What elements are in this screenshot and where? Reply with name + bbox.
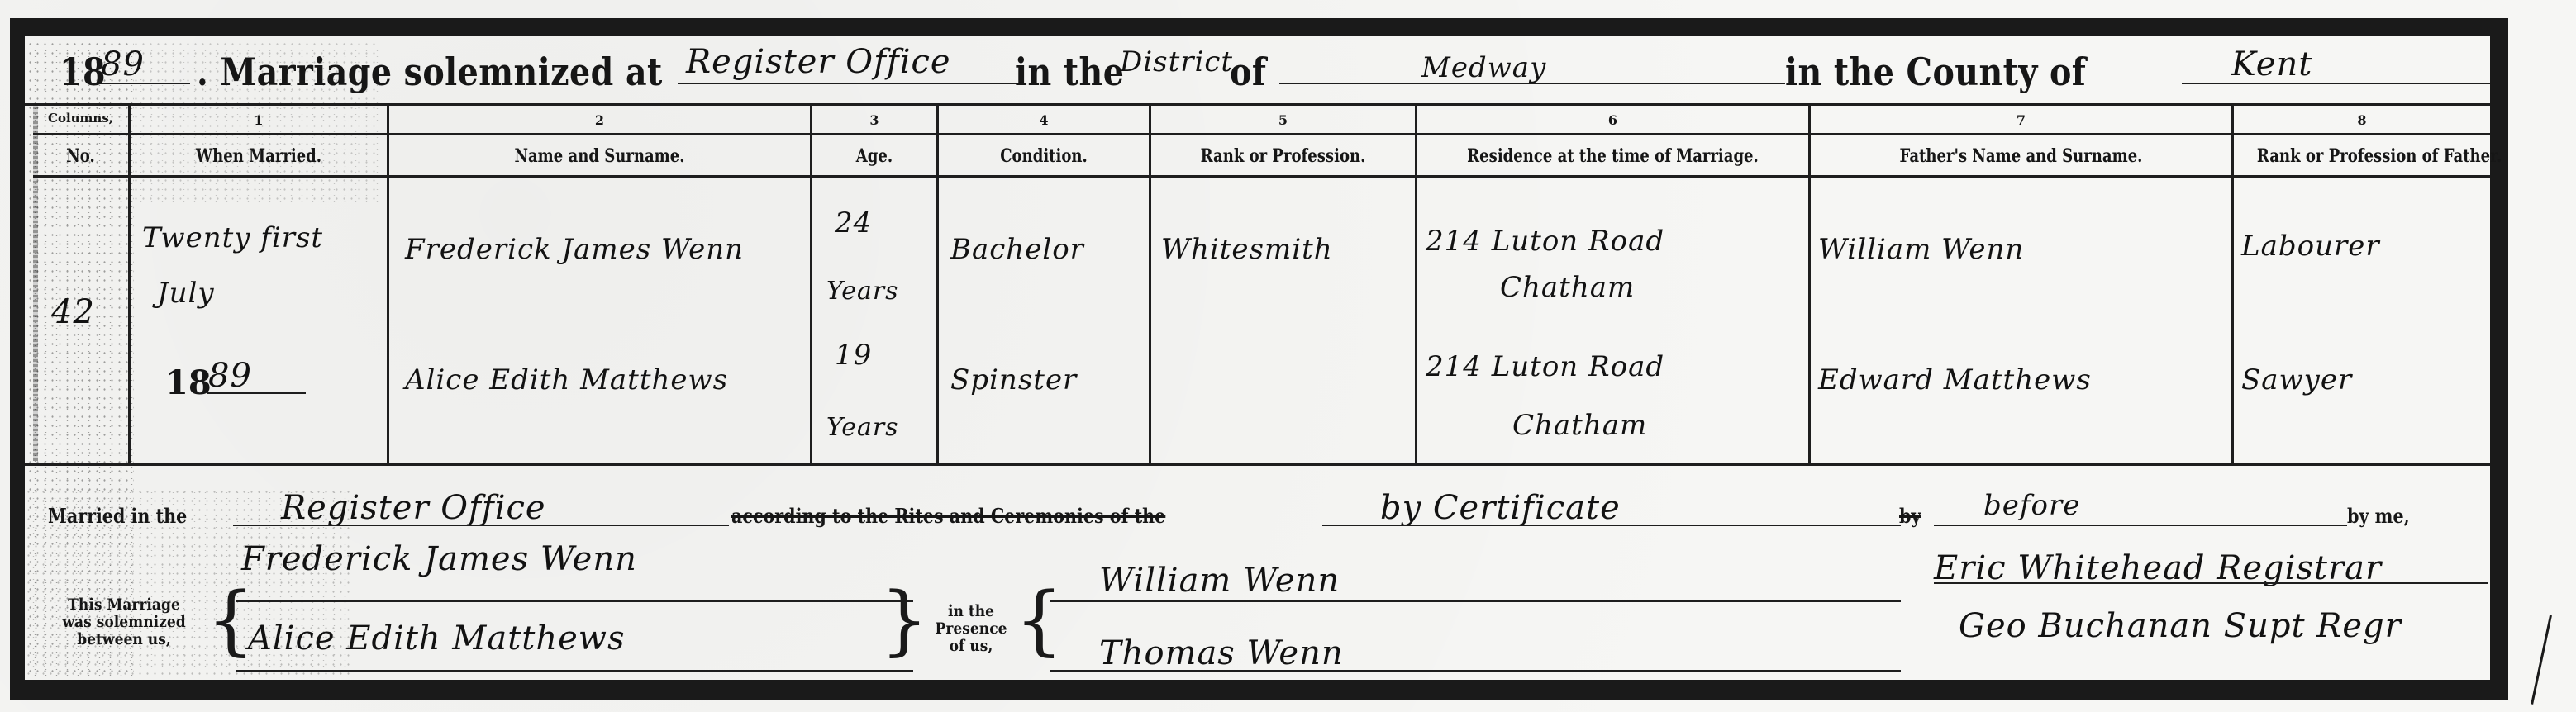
column-number: 8 (2234, 112, 2490, 128)
header-father-name: Father's Name and Surname. (1849, 145, 2193, 167)
frame-top-border (12, 18, 2507, 36)
year-prefix: 18 (60, 50, 106, 94)
married-in-label: Married in the (48, 504, 187, 528)
of-label: of (1230, 50, 1266, 94)
by-me-label: by me, (2347, 504, 2410, 528)
district-type-handwritten: District (1120, 45, 1233, 78)
place-handwritten: Register Office (686, 43, 951, 81)
by-label: by (1899, 504, 1921, 528)
header-no: No. (41, 145, 119, 167)
solemnized-label-line: was solemnized (50, 614, 198, 631)
column-number: 2 (389, 112, 810, 128)
witness-2-signature: Thomas Wenn (1099, 634, 1344, 672)
when-married-day: Twenty first (142, 221, 323, 254)
married-in-underline (233, 525, 729, 526)
bride-residence-line2: Chatham (1512, 409, 1647, 442)
entry-number: 42 (51, 293, 95, 331)
column-number-rule (33, 133, 2490, 135)
groom-condition: Bachelor (950, 233, 1084, 266)
column-number: 4 (939, 112, 1149, 128)
county-handwritten: Kent (2231, 45, 2312, 83)
groom-age-unit: Years (826, 277, 899, 306)
page-edge-line (2531, 615, 2552, 705)
groom-name: Frederick James Wenn (405, 233, 744, 266)
by-underline (1934, 525, 2347, 526)
year-underline (207, 392, 306, 394)
married-in-handwritten: Register Office (281, 489, 546, 527)
header-rank-profession: Rank or Profession. (1175, 145, 1392, 167)
groom-father-profession: Labourer (2241, 230, 2380, 263)
bride-condition: Spinster (950, 363, 1077, 396)
column-number: 3 (812, 112, 936, 128)
header-father-profession: Rank or Profession of Father. (2257, 145, 2467, 167)
presence-label-line: Presence (931, 620, 1012, 638)
superintendent-signature: Geo Buchanan Supt Regr (1959, 607, 2402, 645)
header-age: Age. (824, 145, 926, 167)
frame-right-border (2490, 18, 2508, 700)
signature-divider-line (1736, 600, 1901, 602)
when-married-year-handwritten: 89 (208, 357, 252, 395)
year-handwritten: 89 (101, 45, 145, 83)
column-divider (936, 106, 939, 463)
bride-age: 19 (835, 339, 872, 372)
title-marriage-solemnized: . Marriage solemnized at (197, 50, 663, 94)
column-divider (1149, 106, 1151, 463)
columns-label: Columns, (33, 111, 128, 126)
groom-signature-line (236, 600, 913, 602)
table-bottom-rule (25, 463, 2490, 466)
column-number: 7 (1811, 112, 2231, 128)
column-divider (1415, 106, 1417, 463)
presence-label-line: of us, (931, 638, 1012, 655)
marriage-certificate: 18 89 . Marriage solemnized at Register … (0, 0, 2576, 712)
bride-age-unit: Years (826, 413, 899, 442)
header-residence: Residence at the time of Marriage. (1453, 145, 1774, 167)
rites-handwritten: by Certificate (1380, 489, 1621, 527)
bride-name: Alice Edith Matthews (405, 363, 728, 396)
county-underline (2182, 83, 2490, 84)
header-when-married: When Married. (154, 145, 364, 167)
district-handwritten: Medway (1421, 51, 1546, 84)
when-married-year-prefix: 18 (165, 363, 212, 402)
bride-signature-line (236, 670, 913, 672)
registrar-line (1934, 582, 2488, 584)
rites-underline (1322, 525, 1901, 526)
frame-left-border (10, 18, 25, 700)
signature-divider-line (1736, 670, 1901, 672)
groom-signature: Frederick James Wenn (241, 540, 637, 578)
left-brace-icon: { (1015, 582, 1064, 658)
groom-residence-line1: 214 Luton Road (1426, 225, 1664, 258)
column-divider (128, 106, 131, 463)
presence-label-line: in the (931, 603, 1012, 620)
header-condition: Condition. (958, 145, 1130, 167)
column-number: 6 (1417, 112, 1808, 128)
column-divider (1808, 106, 1811, 463)
bride-father-name: Edward Matthews (1818, 363, 2092, 396)
column-number: 5 (1151, 112, 1415, 128)
county-label: in the County of (1785, 50, 2086, 94)
column-divider (387, 106, 389, 463)
by-handwritten: before (1983, 489, 2080, 522)
right-brace-icon: } (880, 582, 929, 658)
in-the-label: in the (1015, 50, 1124, 94)
header-name-surname: Name and Surname. (427, 145, 772, 167)
solemnized-label-line: between us, (50, 631, 198, 648)
groom-residence-line2: Chatham (1500, 271, 1635, 304)
district-underline (1279, 83, 1785, 84)
header-bottom-rule (33, 175, 2490, 178)
witness-1-signature: William Wenn (1099, 562, 1340, 600)
solemnized-label-line: This Marriage (50, 596, 198, 614)
year-underline (99, 83, 190, 84)
bride-father-profession: Sawyer (2241, 363, 2352, 396)
bride-signature: Alice Edith Matthews (248, 619, 626, 657)
presence-label: in the Presence of us, (931, 603, 1012, 655)
when-married-month: July (157, 277, 215, 310)
groom-father-name: William Wenn (1818, 233, 2024, 266)
according-to-rites-label: according to the Rites and Ceremonies of… (731, 504, 1165, 528)
bride-residence-line1: 214 Luton Road (1426, 350, 1664, 383)
place-underline (678, 83, 1021, 84)
column-divider (2231, 106, 2234, 463)
groom-profession: Whitesmith (1161, 233, 1333, 266)
table-top-rule (25, 103, 2490, 106)
groom-age: 24 (835, 206, 872, 240)
solemnized-between-label: This Marriage was solemnized between us, (50, 596, 198, 648)
column-divider (810, 106, 812, 463)
frame-bottom-border (12, 680, 2507, 700)
column-number: 1 (131, 112, 387, 128)
